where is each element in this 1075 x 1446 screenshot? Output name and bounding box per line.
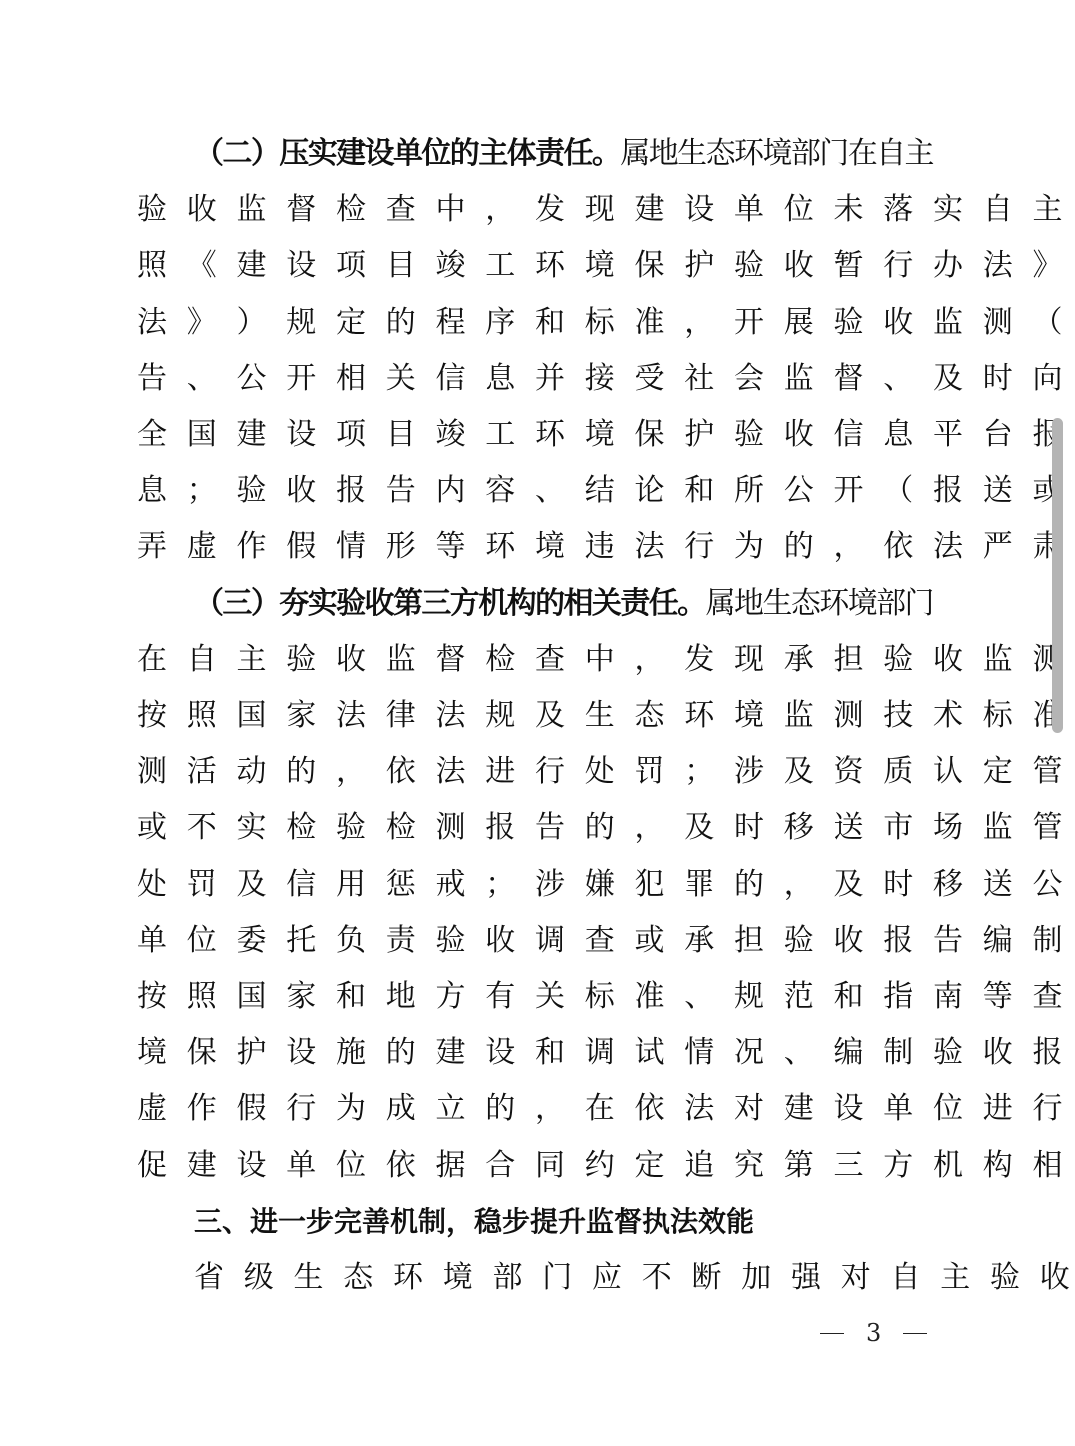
- paragraph-first-line: （三）夯实验收第三方机构的相关责任。属地生态环境部门: [194, 584, 933, 624]
- paragraph-line: 单位委托负责验收调查或承担验收报告编制的第三方机构，因未: [137, 921, 1075, 961]
- page-number-value: 3: [866, 1319, 881, 1347]
- paragraph-line: 在自主验收监督检查中，发现承担验收监测工作的第三方机构未: [137, 640, 1075, 680]
- scrollbar-thumb[interactable]: [1052, 418, 1063, 733]
- paragraph-line: 法》）规定的程序和标准，开展验收监测（调查）、编制验收报: [137, 303, 1075, 343]
- paragraph-line: 验收监督检查中，发现建设单位未落实自主验收主体责任，未按: [137, 190, 1075, 230]
- paragraph-line: 促建设单位依据合同约定追究第三方机构相应责任。: [137, 1146, 1075, 1186]
- page-number-dash-left: [820, 1333, 844, 1334]
- paragraph-line: 按照国家法律法规及生态环境监测技术标准、规范和规程开展监: [137, 696, 1075, 736]
- section-heading: 三、进一步完善机制，稳步提升监督执法效能: [194, 1202, 754, 1242]
- paragraph-line: 测活动的，依法进行处罚；涉及资质认定管理以及涉嫌出具虚假: [137, 752, 1075, 792]
- paragraph-line: 虚作假行为成立的，在依法对建设单位进行处罚的同时，还应督: [137, 1089, 1075, 1129]
- paragraph-line: 处罚及信用惩戒；涉嫌犯罪的，及时移送公安机关。发现受建设: [137, 865, 1075, 905]
- paragraph-line: 境保护设施的建设和调试情况、编制验收报告，致使自主验收弄: [137, 1033, 1075, 1073]
- paragraph-line: 弄虚作假情形等环境违法行为的，依法严肃查处。: [137, 527, 1075, 567]
- paragraph-line: 告、公开相关信息并接受社会监督、及时向属地生态环境部门及: [137, 359, 1075, 399]
- paragraph-line: 息；验收报告内容、结论和所公开（报送或填报）信息存在典型: [137, 471, 1075, 511]
- paragraph-line: 省级生态环境部门应不断加强对自主验收监督执法工作的细: [194, 1258, 1075, 1298]
- paragraph-line: 按照国家和地方有关标准、规范和指南等查验、记载建设项目环: [137, 977, 1075, 1017]
- page-number: 3: [820, 1318, 927, 1348]
- paragraph-line: 或不实检验检测报告的，及时移送市场监管等部门依法实施行政: [137, 808, 1075, 848]
- paragraph-line: 照《建设项目竣工环境保护验收暂行办法》（以下简称《暂行办: [137, 246, 1075, 286]
- paragraph-first-line: （二）压实建设单位的主体责任。属地生态环境部门在自主: [194, 134, 933, 174]
- vertical-scrollbar[interactable]: [1050, 400, 1066, 750]
- paragraph-line: 全国建设项目竣工环境保护验收信息平台报送（填报）验收信: [137, 415, 1075, 455]
- document-page: （二）压实建设单位的主体责任。属地生态环境部门在自主验收监督检查中，发现建设单位…: [0, 0, 1075, 1446]
- page-number-dash-right: [903, 1333, 927, 1334]
